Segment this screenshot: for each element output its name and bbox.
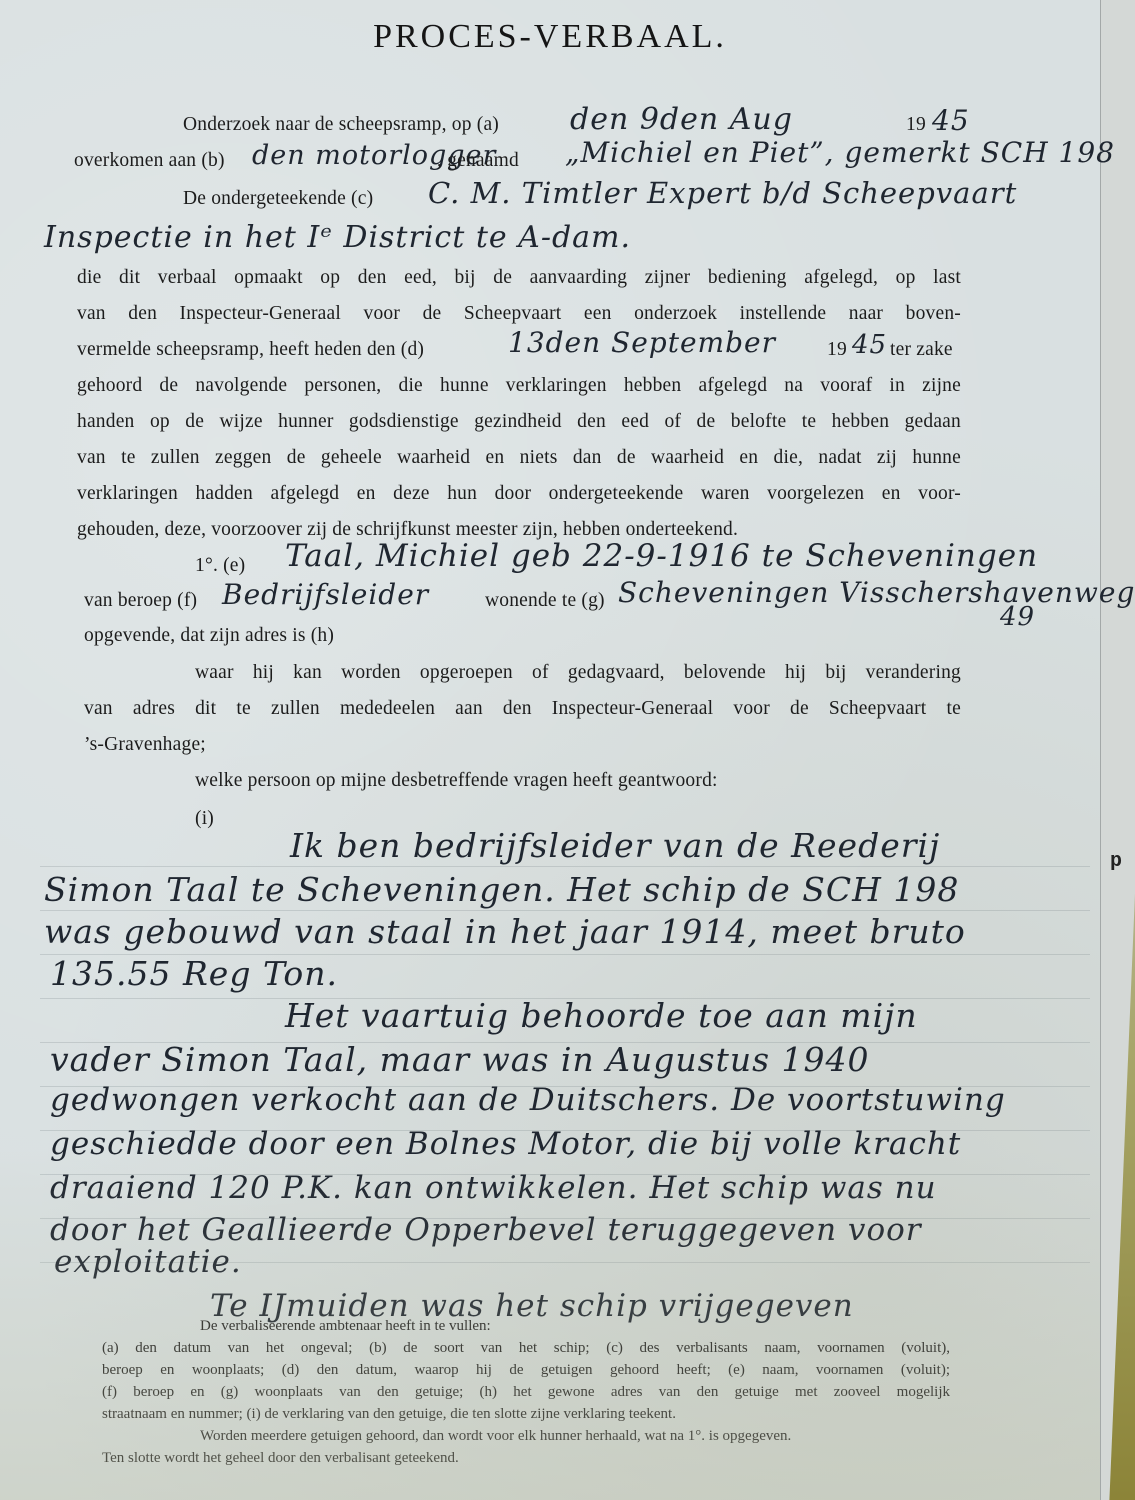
hearing-date-tail: ter zake [890,339,953,361]
statement-line-6: vader Simon Taal, maar was in Augustus 1… [50,1040,870,1079]
witness-line-7: welke persoon op mijne desbetreffende vr… [195,770,718,792]
witness-line-4: waar hij kan worden opgeroepen of gedagv… [195,662,961,684]
statement-line-2: Simon Taal te Scheveningen. Het schip de… [44,870,959,909]
incident-date-label: Onderzoek naar de scheepsramp, op (a) [183,114,499,136]
statement-line-4: 135.55 Reg Ton. [50,954,338,993]
footnote-line-2: beroep en woonplaats; (d) den datum, waa… [102,1362,950,1379]
document-page: PROCES-VERBAAL. Onderzoek naar de scheep… [0,0,1101,1500]
statement-line-8: geschiedde door een Bolnes Motor, die bi… [50,1126,961,1162]
house-number-value: 49 [1000,602,1035,632]
body-line-5: handen op de wijze hunner godsdienstige … [77,411,961,433]
footnote-line-1: (a) den datum van het ongeval; (b) de so… [102,1340,950,1357]
vessel-name-label: , genaamd [437,150,519,172]
statement-line-10: door het Geallieerde Opperbevel teruggeg… [50,1212,922,1248]
statement-line-11: exploitatie. [54,1244,242,1280]
statement-line-5: Het vaartuig behoorde toe aan mijn [285,996,918,1035]
occupation-label: van beroep (f) [84,590,197,612]
hearing-date-value: 13den September [508,326,776,359]
hearing-year-prefix: 19 [827,339,847,361]
footnote-line-6: Ten slotte wordt het geheel door den ver… [102,1450,459,1467]
incident-date-value: den 9den Aug [570,102,793,137]
witness-line-5: van adres dit te zullen mededeelen aan d… [84,698,961,720]
address-label: opgevende, dat zijn adres is (h) [84,625,334,647]
vessel-type-label: overkomen aan (b) [74,150,225,172]
footnote-line-5: Worden meerdere getuigen gehoord, dan wo… [200,1428,791,1445]
incident-year-prefix: 19 [906,114,926,136]
witness-name-value: Taal, Michiel geb 22-9-1916 te Schevenin… [285,538,1038,574]
incident-year-suffix: 45 [932,104,970,137]
witness-number-label: 1°. (e) [195,555,245,577]
statement-line-3: was gebouwd van staal in het jaar 1914, … [44,912,966,951]
body-line-4: gehoord de navolgende personen, die hunn… [77,375,961,397]
occupation-value: Bedrijfsleider [222,578,429,611]
page-title: PROCES-VERBAAL. [0,18,1100,56]
hearing-year-suffix: 45 [852,330,887,360]
hearing-date-label: vermelde scheepsramp, heeft heden den (d… [77,339,424,361]
statement-label: (i) [195,808,214,830]
statement-line-7: gedwongen verkocht aan de Duitschers. De… [50,1082,1006,1118]
body-line-6: van te zullen zeggen de geheele waarheid… [77,447,961,469]
witness-line-6: ’s-Gravenhage; [84,734,206,756]
statement-line-9: draaiend 120 P.K. kan ontwikkelen. Het s… [50,1170,937,1206]
vessel-name-value: „Michiel en Piet”, gemerkt SCH 198 [565,136,1115,169]
official-label: De ondergeteekende (c) [183,188,373,210]
footnote-line-3: (f) beroep en (g) woonplaats van den get… [102,1384,950,1401]
body-line-1: die dit verbaal opmaakt op den eed, bij … [77,267,961,289]
footnote-heading: De verbaliseerende ambtenaar heeft in te… [200,1318,491,1335]
residence-label: wonende te (g) [485,590,605,612]
body-line-2: van den Inspecteur-Generaal voor de Sche… [77,303,961,325]
margin-mark: p [1110,850,1122,873]
official-name-value: C. M. Timtler Expert b/d Scheepvaart [428,176,1017,210]
residence-value: Scheveningen Visschershavenweg [618,576,1135,609]
statement-line-1: Ik ben bedrijfsleider van de Reederij [290,826,940,865]
footnote-line-4: straatnaam en nummer; (i) de verklaring … [102,1406,676,1423]
official-title-value: Inspectie in het Iᵉ District te A-dam. [44,220,631,255]
body-line-7: verklaringen hadden afgelegd en deze hun… [77,483,961,505]
